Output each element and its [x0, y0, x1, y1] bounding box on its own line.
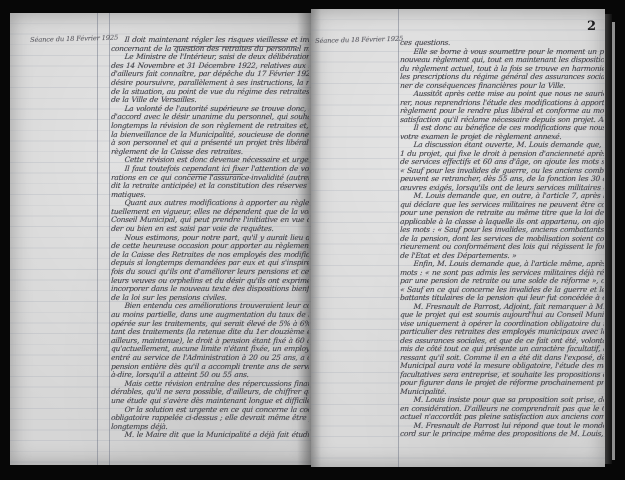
handwritten-line: Nous estimons, pour notre part, qu'il y …	[111, 234, 309, 243]
page-edge-shadow	[605, 14, 612, 464]
handwritten-line: Le Ministre de l'Intérieur, saisi de deu…	[111, 53, 309, 62]
handwritten-line: facultatives sera entreprise, et souhait…	[400, 371, 604, 380]
handwritten-line: depuis si longtemps demandées par eux et…	[111, 259, 309, 268]
handwritten-line: Bien entendu ces améliorations trouverai…	[111, 302, 309, 311]
handwritten-line: à son personnel et qui a présenté un pro…	[111, 139, 309, 148]
handwritten-line: les prescriptions du régime général des …	[400, 73, 604, 82]
manuscript-page-left: Séance du 18 Février 1925 Il doit mainte…	[10, 13, 311, 465]
handwritten-line: les mots : « Sauf pour les invalides, an…	[400, 226, 604, 235]
handwritten-line: Il est donc au bénéfice de ces modificat…	[400, 124, 604, 133]
handwritten-line: fois du souci qu'ils ont d'améliorer leu…	[111, 268, 309, 277]
handwritten-line: que le projet qui est soumis aujourd'hui…	[400, 311, 604, 320]
handwritten-line: ressant qu'il soit. Comme il en a été di…	[400, 354, 604, 363]
handwritten-line: matiques.	[111, 191, 309, 200]
margin-rule-line	[97, 13, 98, 465]
handwritten-line: au moins partielle, dans une augmentatio…	[111, 311, 309, 320]
handwritten-line: désire poursuivre, parallèlement à ses i…	[111, 79, 309, 88]
handwritten-line: des assurances sociales, et que de ce fa…	[400, 337, 604, 346]
handwritten-line: M. Fresnault de Parrost lui répond que t…	[400, 422, 604, 431]
handwritten-line: peuvent se retrancher, dès 55 ans, de la…	[400, 175, 604, 184]
handwritten-line: mis de côté tout ce qui présente un cara…	[400, 345, 604, 354]
handwritten-line: nouveau règlement qui, tout en maintenan…	[400, 56, 604, 65]
manuscript-page-right: Séance du 18 Février 1925 2 ces question…	[311, 9, 605, 467]
handwritten-line: Quant aux autres modifications à apporte…	[111, 199, 309, 208]
handwritten-line: pension entière dès qu'il a accompli tre…	[111, 363, 309, 372]
handwritten-line: Elle se borne à vous soumettre pour le m…	[400, 48, 604, 57]
handwritten-line: une étude qui s'avère dès maintenant lon…	[111, 397, 309, 406]
handwritten-line: Municipalité.	[400, 388, 604, 397]
ink-underline	[173, 46, 297, 47]
handwritten-line: La discussion étant ouverte, M. Louis de…	[400, 141, 604, 150]
handwritten-line: du règlement actuel, tout à la fois se t…	[400, 65, 604, 74]
session-date-note: Séance du 18 Février 1925	[315, 35, 397, 45]
handwritten-line: cord sur le principe même des propositio…	[400, 430, 604, 439]
handwritten-line: rer, nous reprendrions l'étude des modif…	[400, 99, 604, 108]
handwritten-line: longtemps la révision de son règlement d…	[111, 122, 309, 131]
handwritten-line: règlement pour le rendre plus libéral et…	[400, 107, 604, 116]
handwritten-line: d'accord avec le désir unanime du person…	[111, 113, 309, 122]
handwritten-line: « Sauf en ce qui concerne les invalides …	[400, 286, 604, 295]
handwritten-line: Municipal aura voté la mesure obligatoir…	[400, 362, 604, 371]
handwritten-line: rieurement ou conformément des lois qui …	[400, 243, 604, 252]
underlying-pages-edge	[612, 22, 615, 460]
handwritten-line: dit la retraite anticipée) et la constit…	[111, 182, 309, 191]
handwritten-line: M. Fresnault de Parrost, Adjoint, fait r…	[400, 303, 604, 312]
handwritten-line: Il faut toutefois cependant ici fixer l'…	[111, 165, 309, 174]
handwritten-line: incorporer dans le nouveau texte des dis…	[111, 285, 309, 294]
handwritten-line: votre examen le projet de règlement anne…	[400, 133, 604, 142]
handwritten-line: tant des traitements (la retenue dite du…	[111, 328, 309, 337]
scanned-document: Séance du 18 Février 1925 Il doit mainte…	[0, 0, 625, 480]
handwritten-line: qui déclare que les services militaires …	[400, 201, 604, 210]
handwritten-line: opérée sur les traitements, qui serait é…	[111, 320, 309, 329]
handwritten-line: actuel n'accordât pas pleine satisfactio…	[400, 413, 604, 422]
handwritten-line: de services effectifs et 60 ans d'âge, o…	[400, 158, 604, 167]
handwritten-line: de la Ville de Versailles.	[111, 96, 309, 105]
handwritten-line: ces questions.	[400, 39, 604, 48]
page-number: 2	[587, 19, 596, 34]
handwritten-line: en considération. D'ailleurs ne comprend…	[400, 405, 604, 414]
handwritten-line: la bienveillance de la Municipalité, sou…	[111, 131, 309, 140]
handwritten-line: qu'actuellement, aucune limite n'étant f…	[111, 345, 309, 354]
handwritten-line: dérables, qu'il ne sera possible, d'aill…	[111, 388, 309, 397]
handwritten-line: Enfin, M. Louis demande que, à l'article…	[400, 260, 604, 269]
margin-rule-line	[109, 13, 110, 465]
handwritten-line: mots : « ne sont pas admis les services …	[400, 269, 604, 278]
handwritten-line: M. Louis demande que, en outre, à l'arti…	[400, 192, 604, 201]
handwritten-line: à-dire, lorsqu'il a atteint 50 ou 55 ans…	[111, 371, 309, 380]
handwritten-line: vise uniquement à opérer la coordination…	[400, 320, 604, 329]
margin-rule-line	[398, 9, 399, 467]
handwritten-line: de l'État et des Départements. »	[400, 252, 604, 261]
handwritten-line: Or la solution est urgente en ce qui con…	[111, 406, 309, 415]
handwritten-line: der ou bien en est saisi par voie de req…	[111, 225, 309, 234]
handwritten-line: Conseil Municipal, qui peut prendre l'in…	[111, 216, 309, 225]
handwritten-line: applicable à la classe à laquelle ils on…	[400, 218, 604, 227]
handwritten-text-left: Il doit maintenant régler les risques vi…	[111, 36, 309, 442]
handwritten-line: Aussitôt après cette mise au point que n…	[400, 90, 604, 99]
handwritten-line: pour figurer dans le projet de réforme p…	[400, 379, 604, 388]
ink-underline	[188, 174, 243, 175]
handwritten-line: entré au service de l'Administration à 2…	[111, 354, 309, 363]
handwritten-line: M. Louis insiste pour que sa proposition…	[400, 396, 604, 405]
handwritten-line: « Sauf pour les invalides de guerre, ou …	[400, 167, 604, 176]
handwritten-line: obligatoire rappelée ci-dessus ; elle de…	[111, 414, 309, 423]
handwritten-line: ner de conséquences financières pour la …	[400, 82, 604, 91]
handwritten-line: Cette révision est donc devenue nécessai…	[111, 156, 309, 165]
handwritten-line: de la situation, au point de vue du régi…	[111, 88, 309, 97]
handwritten-line: satisfaction qu'il réclame nécessaire de…	[400, 116, 604, 125]
handwritten-line: d'ailleurs fait connaître, par dépêche d…	[111, 70, 309, 79]
handwritten-line: de cette heureuse occasion pour apporter…	[111, 242, 309, 251]
handwritten-line: pour une pension de retraite au même tit…	[400, 209, 604, 218]
handwritten-line: de la pension, dont les services de mobi…	[400, 235, 604, 244]
handwritten-line: leurs veuves ou orphelins et du désir qu…	[111, 277, 309, 286]
handwritten-line: 1 du projet, qui fixe le droit à pension…	[400, 150, 604, 159]
handwritten-line: battants titulaires de la pension qui le…	[400, 294, 604, 303]
handwritten-line: particulier des retraites des employés m…	[400, 328, 604, 337]
handwritten-line: Il doit maintenant régler les risques vi…	[111, 36, 309, 45]
handwritten-line: œuvres exigés, lorsqu'ils ont de leurs s…	[400, 184, 604, 193]
handwritten-text-right: ces questions. Elle se borne à vous soum…	[400, 39, 604, 441]
handwritten-line: M. le Maire dit que la Municipalité a dé…	[111, 431, 309, 440]
handwritten-line: par une pension de retraite ou une solde…	[400, 277, 604, 286]
